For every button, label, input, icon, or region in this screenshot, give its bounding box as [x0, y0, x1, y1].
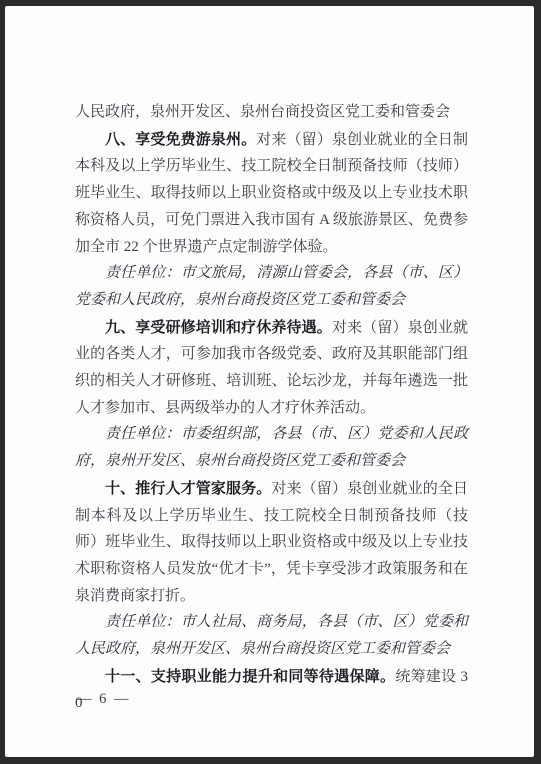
section-10-responsibility: 责任单位：市人社局、商务局，各县（市、区）党委和人民政府，泉州开发区、泉州台商投… [75, 609, 468, 662]
section-10-body: 对来（留）泉创业就业的全日制本科及以上学历毕业生、技工院校全日制预备技师（技师）… [75, 481, 468, 604]
paragraph-continuation: 人民政府，泉州开发区、泉州台商投资区党工委和管委会 [75, 99, 468, 126]
document-content: 人民政府，泉州开发区、泉州台商投资区党工委和管委会 八、享受免费游泉州。对来（留… [75, 99, 468, 717]
section-10-paragraph: 十、推行人才管家服务。对来（留）泉创业就业的全日制本科及以上学历毕业生、技工院校… [75, 475, 468, 610]
section-9-paragraph: 九、享受研修培训和疗休养待遇。对来（留）泉创业就业的各类人才，可参加我市各级党委… [75, 314, 468, 422]
section-9-responsibility: 责任单位：市委组织部，各县（市、区）党委和人民政府，泉州开发区、泉州台商投资区党… [75, 421, 468, 474]
section-11-paragraph: 十一、支持职业能力提升和同等待遇保障。统筹建设 30 [75, 663, 468, 717]
section-10-heading: 十、推行人才管家服务。 [105, 479, 271, 497]
section-8-responsibility: 责任单位：市文旅局，清源山管委会，各县（市、区）党委和人民政府，泉州台商投资区党… [75, 260, 468, 313]
section-8-paragraph: 八、享受免费游泉州。对来（留）泉创业就业的全日制本科及以上学历毕业生、技工院校全… [75, 126, 468, 261]
document-page: 人民政府，泉州开发区、泉州台商投资区党工委和管委会 八、享受免费游泉州。对来（留… [5, 6, 534, 757]
section-8-heading: 八、享受免费游泉州。 [105, 130, 256, 148]
section-8-body: 对来（留）泉创业就业的全日制本科及以上学历毕业生、技工院校全日制预备技师（技师）… [75, 132, 468, 255]
page-number: — 6 — [77, 688, 131, 710]
section-9-heading: 九、享受研修培训和疗休养待遇。 [105, 318, 332, 336]
section-11-heading: 十一、支持职业能力提升和同等待遇保障。 [105, 667, 395, 685]
scanned-document-viewport: 人民政府，泉州开发区、泉州台商投资区党工委和管委会 八、享受免费游泉州。对来（留… [0, 0, 541, 764]
